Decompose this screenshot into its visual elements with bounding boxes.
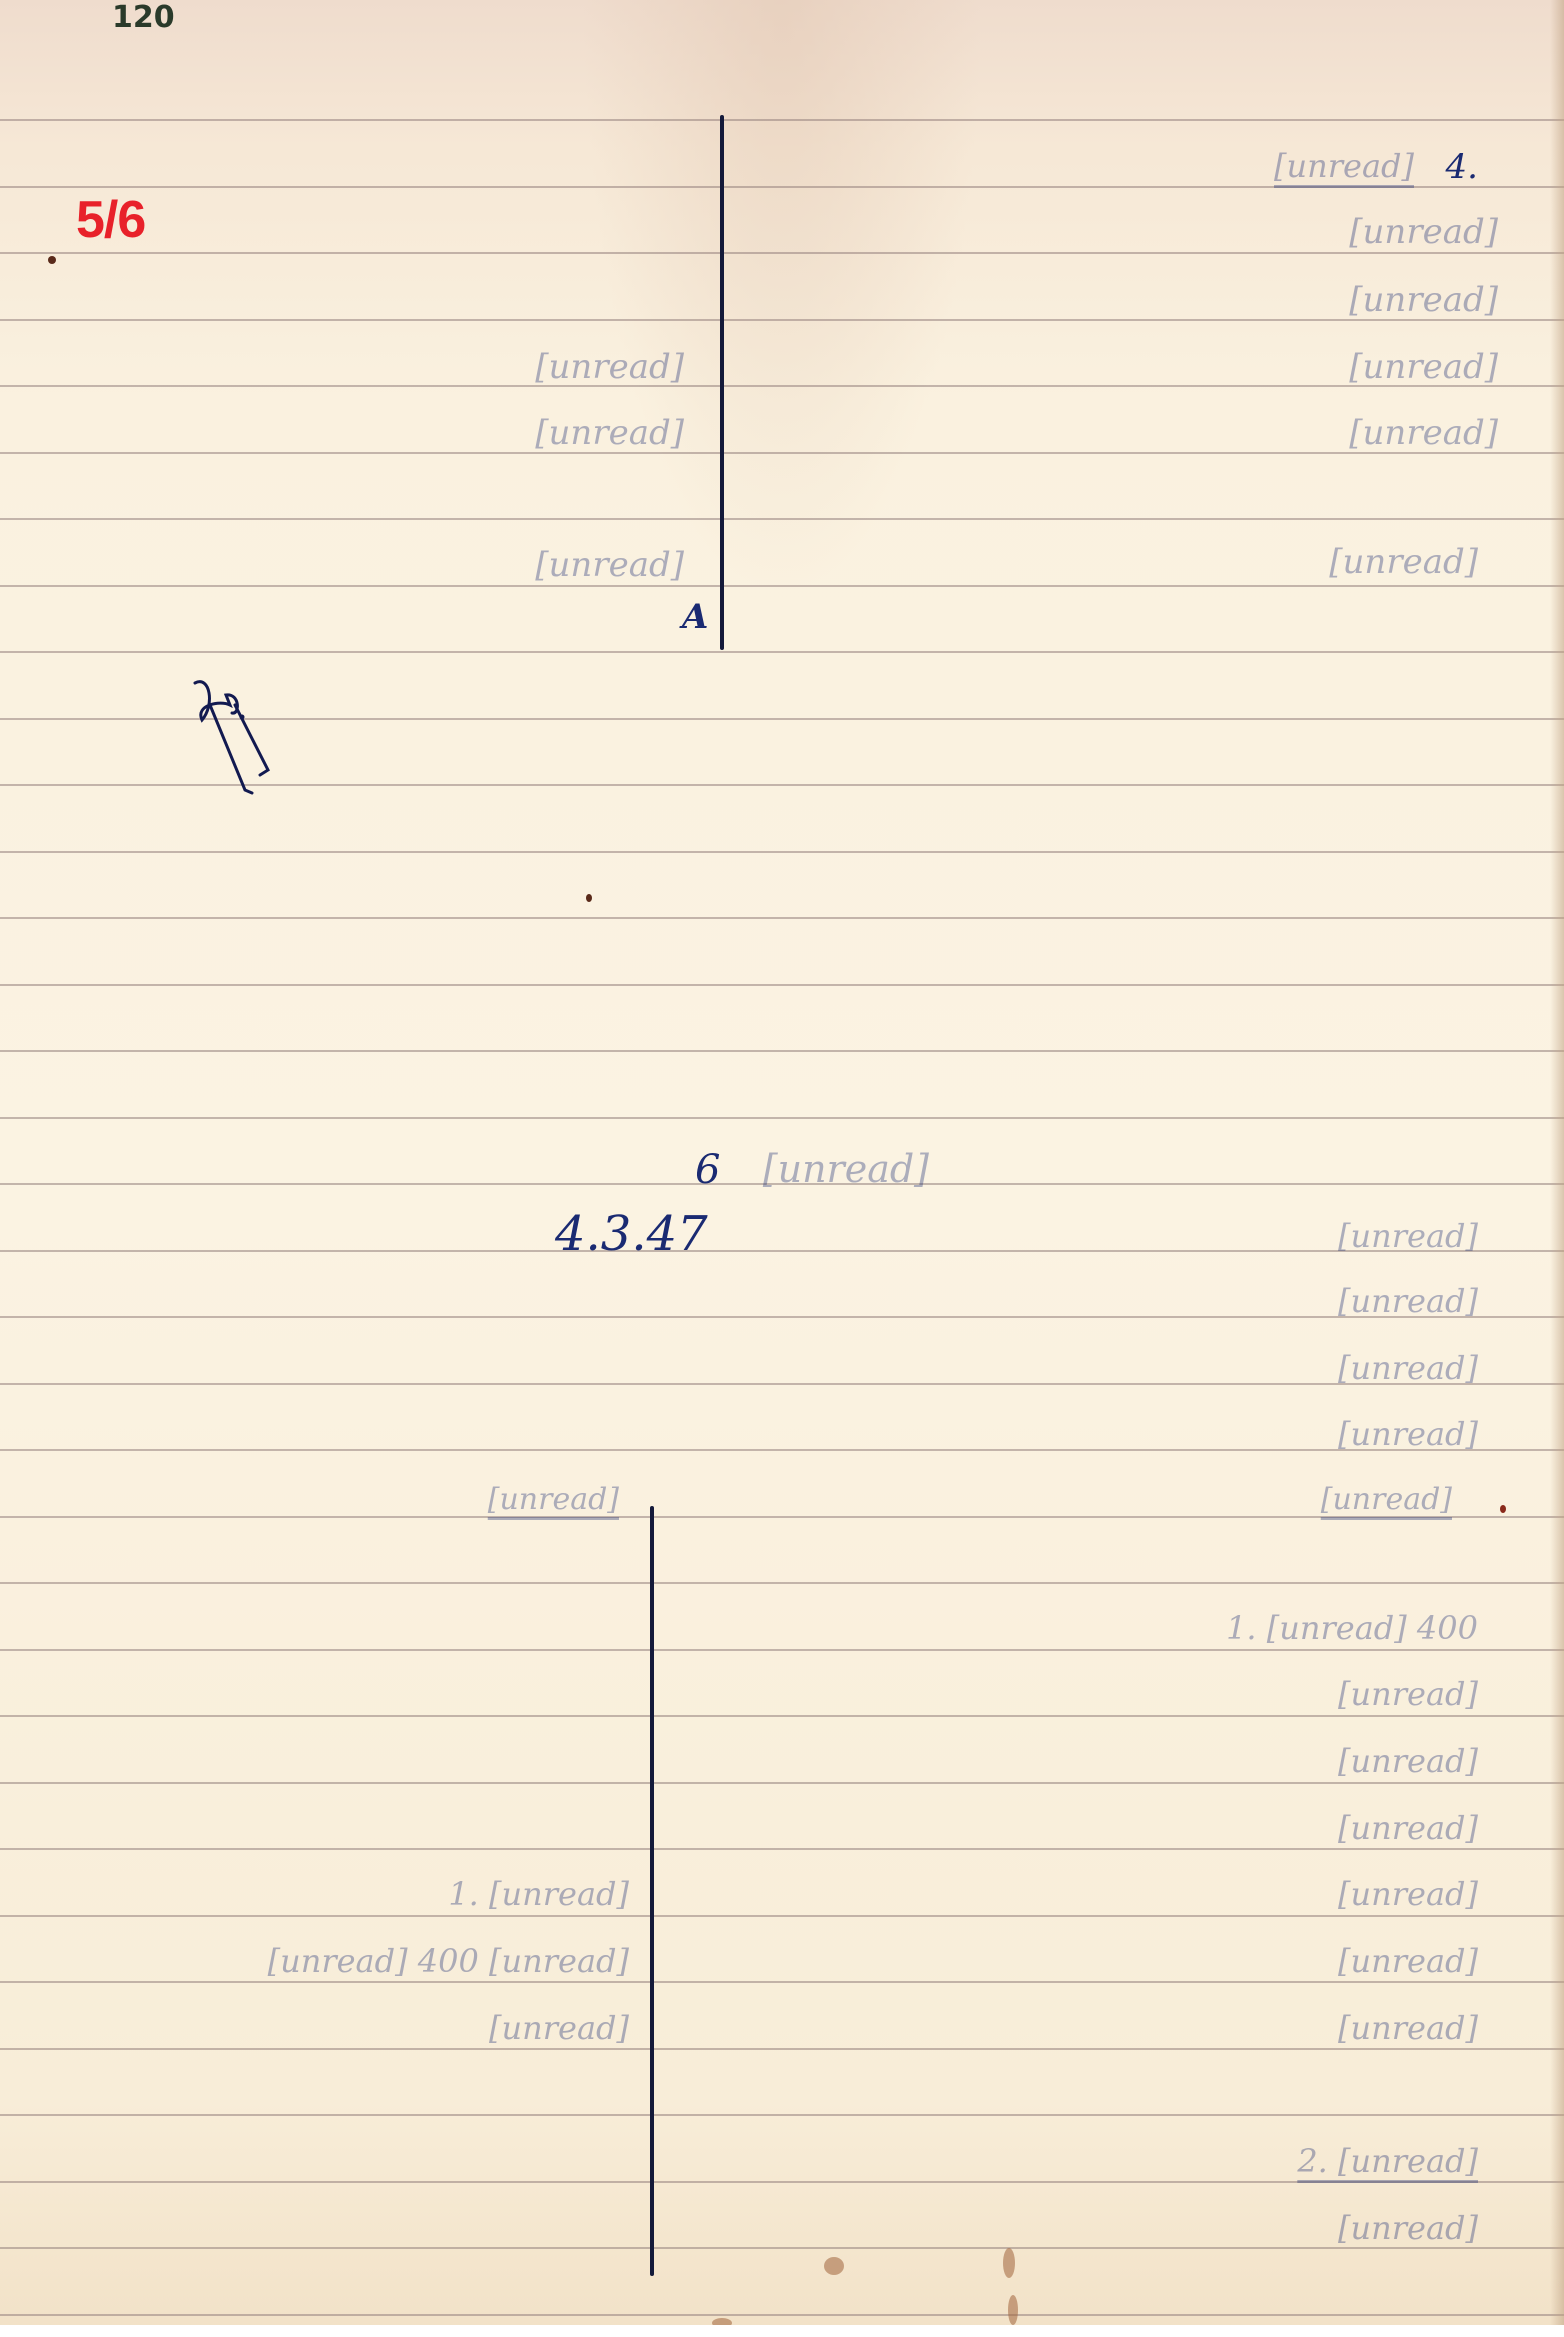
decisions-header: [unread] xyxy=(488,1485,619,1515)
item1-line: [unread] xyxy=(1338,1745,1478,1777)
ruled-line xyxy=(0,1050,1564,1052)
stain xyxy=(1008,2295,1018,2325)
ruled-line xyxy=(0,252,1564,254)
ruled-line xyxy=(0,2181,1564,2183)
ruled-line xyxy=(0,1582,1564,1584)
decision-line: [unread] xyxy=(535,416,684,450)
upper-column-divider xyxy=(720,115,724,650)
second-note: [unread] xyxy=(1329,545,1478,579)
ruled-line xyxy=(0,1383,1564,1385)
discussion-header: [unread] xyxy=(1321,1485,1452,1515)
item1-line: [unread] xyxy=(1338,1812,1478,1844)
meeting-line: [unread] xyxy=(1338,1220,1478,1252)
signature xyxy=(190,675,290,815)
item2-line: [unread] xyxy=(1338,2212,1478,2244)
ruled-line xyxy=(0,385,1564,387)
stain xyxy=(1003,2248,1015,2278)
ruled-line xyxy=(0,186,1564,188)
item1-line: [unread] xyxy=(1338,1945,1478,1977)
margin-mark: A xyxy=(682,600,708,634)
paragraph-line: [unread] xyxy=(1349,350,1498,384)
ruled-line xyxy=(0,452,1564,454)
ruled-line xyxy=(0,2048,1564,2050)
protocol-number: 6 xyxy=(695,1150,720,1190)
ruled-line xyxy=(0,1848,1564,1850)
item2-heading: 2. [unread] xyxy=(1297,2145,1478,2177)
ruled-line xyxy=(0,518,1564,520)
ruled-line xyxy=(0,1715,1564,1717)
ruled-line xyxy=(0,984,1564,986)
item1-line: [unread] xyxy=(1338,2012,1478,2044)
ruled-line xyxy=(0,2247,1564,2249)
ruled-line xyxy=(0,851,1564,853)
ledger-page: 120 5/6 4. [unread] [unread] [unread] [u… xyxy=(0,0,1564,2325)
stain xyxy=(712,2318,732,2325)
stain xyxy=(824,2257,844,2275)
attendees-line: [unread] xyxy=(1338,1285,1478,1317)
ruled-line xyxy=(0,1449,1564,1451)
ruled-line xyxy=(0,917,1564,919)
decision-line: [unread] xyxy=(535,350,684,384)
ruled-line xyxy=(0,2114,1564,2116)
attendees-line: [unread] xyxy=(1338,1418,1478,1450)
meeting-date: 4.3.47 xyxy=(555,1210,708,1258)
ruled-line xyxy=(0,651,1564,653)
paragraph-line: [unread] xyxy=(1349,215,1498,249)
ruled-line xyxy=(0,1782,1564,1784)
ink-speck xyxy=(1500,1505,1506,1513)
paragraph-line: [unread] xyxy=(1349,416,1498,450)
ruled-line xyxy=(0,319,1564,321)
ruled-line xyxy=(0,1250,1564,1252)
page-number: 120 xyxy=(112,0,175,35)
item1-line: [unread] xyxy=(1338,1878,1478,1910)
lower-column-divider xyxy=(650,1506,654,2276)
decision-line: [unread] 400 [unread] xyxy=(268,1945,629,1977)
ruled-line xyxy=(0,119,1564,121)
ruled-line xyxy=(0,585,1564,587)
ruled-line xyxy=(0,1915,1564,1917)
ink-speck xyxy=(586,894,592,902)
decision-line: [unread] xyxy=(535,548,684,582)
protocol-title: [unread] xyxy=(763,1150,929,1188)
decision-line: 1. [unread] xyxy=(448,1878,629,1910)
ruled-line xyxy=(0,1981,1564,1983)
item-heading: [unread] xyxy=(1274,150,1414,182)
ink-speck xyxy=(48,256,56,264)
item1-line: 1. [unread] 400 xyxy=(1226,1612,1478,1644)
ruled-line xyxy=(0,1649,1564,1651)
decision-line: [unread] xyxy=(489,2012,629,2044)
item-number: 4. xyxy=(1446,150,1478,184)
page-stamp-label: 5/6 xyxy=(76,190,145,250)
attendees-line: [unread] xyxy=(1338,1352,1478,1384)
ruled-line xyxy=(0,1316,1564,1318)
item1-line: [unread] xyxy=(1338,1678,1478,1710)
ruled-line xyxy=(0,1117,1564,1119)
ruled-line xyxy=(0,2314,1564,2316)
paragraph-line: [unread] xyxy=(1349,283,1498,317)
